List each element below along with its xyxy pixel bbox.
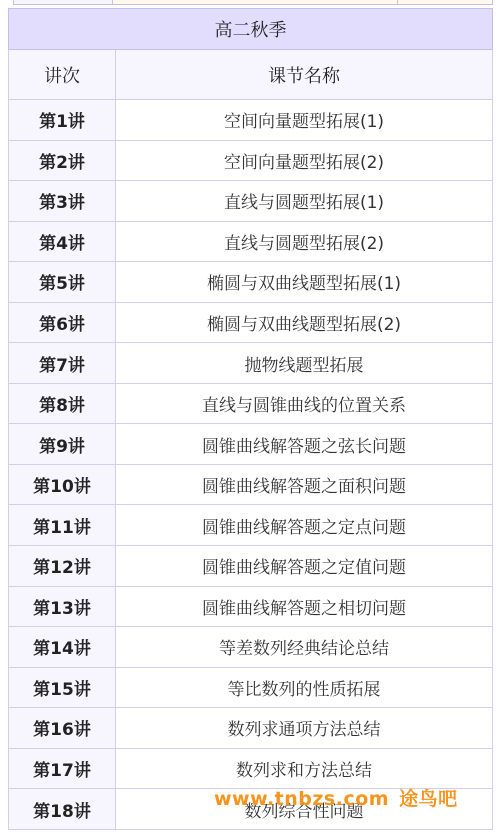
lecture-name: 圆锥曲线解答题之相切问题 (116, 586, 493, 627)
lecture-number: 第5讲 (9, 262, 116, 303)
table-row: 第9讲圆锥曲线解答题之弦长问题 (9, 424, 493, 465)
lecture-name: 椭圆与双曲线题型拓展(1) (116, 262, 493, 303)
table-row: 第5讲椭圆与双曲线题型拓展(1) (9, 262, 493, 303)
lecture-number: 第13讲 (9, 586, 116, 627)
lecture-number: 第2讲 (9, 140, 116, 181)
table-row: 第7讲抛物线题型拓展 (9, 343, 493, 384)
prev-cell (398, 0, 492, 4)
table-row: 第11讲圆锥曲线解答题之定点问题 (9, 505, 493, 546)
table-title-row: 高二秋季 (9, 9, 493, 50)
table-row: 第6讲椭圆与双曲线题型拓展(2) (9, 302, 493, 343)
lecture-number: 第1讲 (9, 100, 116, 141)
table-row: 第12讲圆锥曲线解答题之定值问题 (9, 546, 493, 587)
table-row: 第17讲数列求和方法总结 (9, 748, 493, 789)
table-row: 第10讲圆锥曲线解答题之面积问题 (9, 464, 493, 505)
lecture-number: 第6讲 (9, 302, 116, 343)
lecture-number: 第10讲 (9, 464, 116, 505)
lecture-number: 第8讲 (9, 383, 116, 424)
watermark-brand: 途鸟吧 (399, 788, 458, 810)
lecture-name: 圆锥曲线解答题之定点问题 (116, 505, 493, 546)
table-title: 高二秋季 (9, 9, 493, 50)
table-row: 第1讲空间向量题型拓展(1) (9, 100, 493, 141)
prev-cell (14, 0, 113, 4)
lecture-name: 等差数列经典结论总结 (116, 627, 493, 668)
table-row: 第14讲等差数列经典结论总结 (9, 627, 493, 668)
lecture-number: 第16讲 (9, 708, 116, 749)
lecture-name: 圆锥曲线解答题之弦长问题 (116, 424, 493, 465)
lecture-name: 直线与圆题型拓展(2) (116, 221, 493, 262)
lecture-number: 第18讲 (9, 789, 116, 830)
lecture-number: 第7讲 (9, 343, 116, 384)
lecture-name: 圆锥曲线解答题之定值问题 (116, 546, 493, 587)
lecture-number: 第15讲 (9, 667, 116, 708)
course-schedule-table: 高二秋季 讲次 课节名称 第1讲空间向量题型拓展(1) 第2讲空间向量题型拓展(… (8, 8, 493, 830)
lecture-name: 数列求和方法总结 (116, 748, 493, 789)
lecture-number: 第3讲 (9, 181, 116, 222)
watermark-url: www.tnbzs.com (214, 788, 389, 810)
lecture-name: 等比数列的性质拓展 (116, 667, 493, 708)
lecture-name: 空间向量题型拓展(1) (116, 100, 493, 141)
lecture-number: 第17讲 (9, 748, 116, 789)
column-header-lecture: 讲次 (9, 50, 116, 100)
previous-table-fragment (13, 0, 493, 5)
lecture-name: 空间向量题型拓展(2) (116, 140, 493, 181)
column-header-row: 讲次 课节名称 (9, 50, 493, 100)
table-row: 第15讲等比数列的性质拓展 (9, 667, 493, 708)
lecture-name: 数列求通项方法总结 (116, 708, 493, 749)
table-row: 第8讲直线与圆锥曲线的位置关系 (9, 383, 493, 424)
lecture-name: 直线与圆锥曲线的位置关系 (116, 383, 493, 424)
watermark: www.tnbzs.com途鸟吧 (214, 784, 458, 811)
lecture-name: 直线与圆题型拓展(1) (116, 181, 493, 222)
lecture-number: 第12讲 (9, 546, 116, 587)
table-row: 第13讲圆锥曲线解答题之相切问题 (9, 586, 493, 627)
lecture-number: 第11讲 (9, 505, 116, 546)
column-header-name: 课节名称 (116, 50, 493, 100)
table-row: 第2讲空间向量题型拓展(2) (9, 140, 493, 181)
prev-cell (113, 0, 398, 4)
table-row: 第16讲数列求通项方法总结 (9, 708, 493, 749)
table-row: 第3讲直线与圆题型拓展(1) (9, 181, 493, 222)
lecture-name: 椭圆与双曲线题型拓展(2) (116, 302, 493, 343)
table-row: 第4讲直线与圆题型拓展(2) (9, 221, 493, 262)
lecture-number: 第9讲 (9, 424, 116, 465)
lecture-name: 抛物线题型拓展 (116, 343, 493, 384)
lecture-number: 第4讲 (9, 221, 116, 262)
lecture-number: 第14讲 (9, 627, 116, 668)
lecture-name: 圆锥曲线解答题之面积问题 (116, 464, 493, 505)
